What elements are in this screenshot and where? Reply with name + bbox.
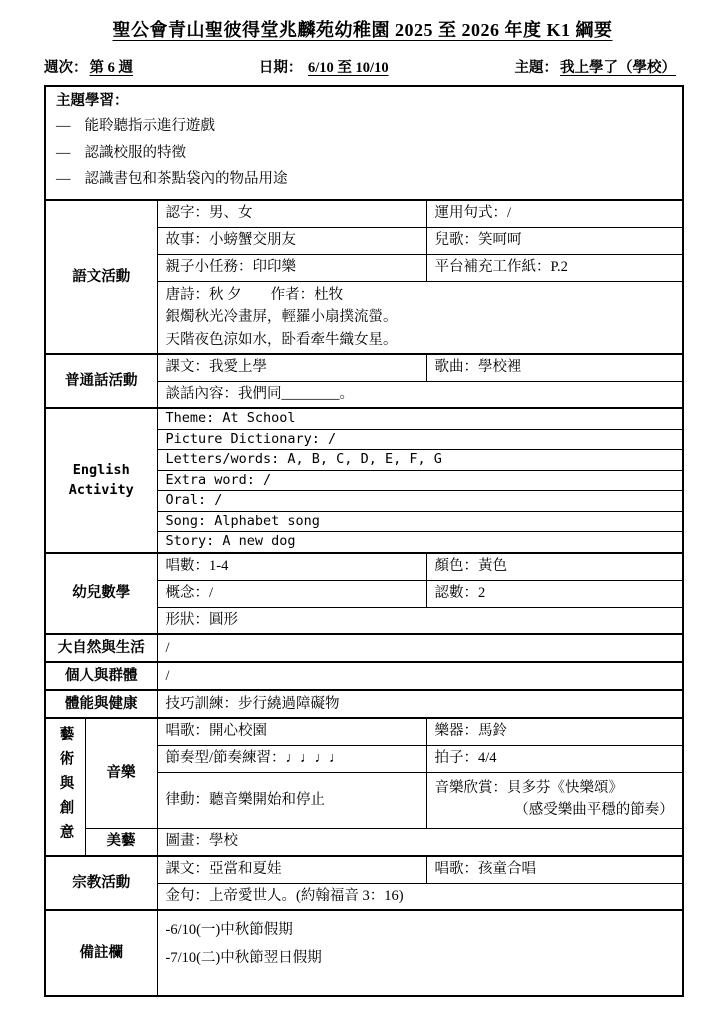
poem-line: 銀燭秋光冷畫屏，輕羅小扇撲流螢。 (166, 306, 675, 328)
religion-text-cell: 課文：亞當和夏娃 (157, 856, 426, 883)
topic-label: 主題： (515, 60, 559, 76)
number-recognition-cell: 認數：2 (426, 580, 683, 607)
physical-content-cell: 技巧訓練：步行繞過障礙物 (157, 690, 683, 718)
date-label: 日期： (259, 60, 303, 76)
religion-row: 宗教活動 課文：亞當和夏娃 唱歌：孩童合唱 (45, 856, 683, 883)
counting-cell: 唱數：1-4 (157, 553, 426, 580)
tang-poem-cell: 唐詩：秋 夕 作者：杜牧 銀燭秋光冷畫屏，輕羅小扇撲流螢。 天階夜色涼如水，卧看… (157, 281, 683, 354)
theme-learning-item: —能聆聽指示進行遊戲 (56, 113, 672, 140)
physical-label: 體能與健康 (45, 690, 157, 718)
music-appreciation-cell: 音樂欣賞：貝多芬《快樂頌》 （感受樂曲平穩的節奏） (426, 772, 683, 828)
music-appreciation-line: 音樂欣賞：貝多芬《快樂頌》 (435, 778, 675, 800)
english-oral-cell: Oral: / (157, 491, 683, 512)
religion-song-cell: 唱歌：孩童合唱 (426, 856, 683, 883)
putonghua-label: 普通話活動 (45, 354, 157, 408)
english-letters-cell: Letters/words: A, B, C, D, E, F, G (157, 450, 683, 471)
remarks-content-cell: -6/10(一)中秋節假期 -7/10(二)中秋節翌日假期 (157, 910, 683, 996)
instrument-cell: 樂器：馬鈴 (426, 718, 683, 745)
music-appreciation-line: （感受樂曲平穩的節奏） (435, 800, 675, 822)
arts-row: 藝術與創意 音樂 唱歌：開心校園 樂器：馬鈴 (45, 718, 683, 745)
personal-row: 個人與群體 / (45, 662, 683, 690)
math-row: 幼兒數學 唱數：1-4 顏色：黃色 (45, 553, 683, 580)
rhythm-pattern-cell: 節奏型/節奏練習：♩♩♩♩ (157, 745, 426, 772)
topic-field: 主題：我上學了（學校） (515, 56, 683, 77)
english-activity-row: English Activity Theme: At School (45, 408, 683, 429)
physical-row: 體能與健康 技巧訓練：步行繞過障礙物 (45, 690, 683, 718)
week-value: 第 6 週 (88, 60, 140, 76)
music-label: 音樂 (85, 718, 157, 828)
english-theme-cell: Theme: At School (157, 408, 683, 429)
remarks-row: 備註欄 -6/10(一)中秋節假期 -7/10(二)中秋節翌日假期 (45, 910, 683, 996)
english-label-line: English (48, 461, 155, 481)
remarks-line: -7/10(二)中秋節翌日假期 (166, 945, 675, 973)
golden-verse-cell: 金句：上帝愛世人。(約翰福音 3：16) (157, 883, 683, 910)
visual-art-label: 美藝 (85, 828, 157, 856)
english-picture-dictionary-cell: Picture Dictionary: / (157, 429, 683, 450)
singing-cell: 唱歌：開心校園 (157, 718, 426, 745)
nature-content-cell: / (157, 634, 683, 662)
arts-row: 美藝 圖畫：學校 (45, 828, 683, 856)
nature-row: 大自然與生活 / (45, 634, 683, 662)
parent-task-cell: 親子小任務：印印樂 (157, 254, 426, 281)
poem-line: 天階夜色涼如水，卧看牽牛織女星。 (166, 329, 675, 351)
story-cell: 故事：小螃蟹交朋友 (157, 227, 426, 254)
personal-label: 個人與群體 (45, 662, 157, 690)
week-label: 週次： (44, 60, 88, 76)
rhyme-cell: 兒歌：笑呵呵 (426, 227, 683, 254)
word-recognition-cell: 認字：男、女 (157, 200, 426, 227)
shape-cell: 形狀：圓形 (157, 607, 683, 634)
english-story-cell: Story: A new dog (157, 532, 683, 553)
putonghua-talk-cell: 談話內容：我們同________。 (157, 381, 683, 408)
english-label-line: Activity (48, 481, 155, 501)
theme-item-text: 能聆聽指示進行遊戲 (85, 118, 216, 134)
sentence-pattern-cell: 運用句式：/ (426, 200, 683, 227)
language-activity-label: 語文活動 (45, 200, 157, 354)
personal-content-cell: / (157, 662, 683, 690)
putonghua-song-cell: 歌曲：學校裡 (426, 354, 683, 381)
arts-label: 藝術與創意 (45, 718, 85, 856)
remarks-label: 備註欄 (45, 910, 157, 996)
drawing-cell: 圖畫：學校 (157, 828, 683, 856)
theme-learning-cell: 主題學習： —能聆聽指示進行遊戲 —認識校服的特徵 —認識書包和茶點袋內的物品用… (45, 86, 683, 200)
remarks-line: -6/10(一)中秋節假期 (166, 917, 675, 945)
topic-value: 我上學了（學校） (558, 60, 682, 76)
movement-cell: 律動：聽音樂開始和停止 (157, 772, 426, 828)
arts-vertical-label: 藝術與創意 (58, 726, 73, 849)
dash-bullet: — (56, 145, 71, 161)
theme-learning-heading: 主題學習： (56, 91, 672, 113)
math-label: 幼兒數學 (45, 553, 157, 634)
date-field: 日期： 6/10 至 10/10 (259, 56, 395, 77)
religion-label: 宗教活動 (45, 856, 157, 910)
theme-learning-item: —認識校服的特徵 (56, 140, 672, 167)
time-signature-cell: 拍子：4/4 (426, 745, 683, 772)
nature-label: 大自然與生活 (45, 634, 157, 662)
english-extra-word-cell: Extra word: / (157, 470, 683, 491)
dash-bullet: — (56, 118, 71, 134)
date-value: 6/10 至 10/10 (306, 60, 395, 76)
theme-learning-row: 主題學習： —能聆聽指示進行遊戲 —認識校服的特徵 —認識書包和茶點袋內的物品用… (45, 86, 683, 200)
putonghua-text-cell: 課文：我愛上學 (157, 354, 426, 381)
theme-item-text: 認識書包和茶點袋內的物品用途 (85, 171, 288, 187)
language-activity-row: 語文活動 認字：男、女 運用句式：/ (45, 200, 683, 227)
worksheet-cell: 平台補充工作紙：P.2 (426, 254, 683, 281)
concept-cell: 概念：/ (157, 580, 426, 607)
english-activity-label: English Activity (45, 408, 157, 553)
theme-item-text: 認識校服的特徵 (85, 145, 187, 161)
document-page: 聖公會青山聖彼得堂兆麟苑幼稚園 2025 至 2026 年度 K1 綱要 週次：… (0, 0, 725, 1024)
english-song-cell: Song: Alphabet song (157, 511, 683, 532)
week-field: 週次：第 6 週 (44, 56, 139, 77)
meta-row: 週次：第 6 週 日期： 6/10 至 10/10 主題：我上學了（學校） (44, 56, 682, 77)
poem-title: 唐詩：秋 夕 作者：杜牧 (166, 284, 675, 306)
page-title: 聖公會青山聖彼得堂兆麟苑幼稚園 2025 至 2026 年度 K1 綱要 (0, 16, 725, 42)
color-cell: 顏色：黃色 (426, 553, 683, 580)
theme-learning-item: —認識書包和茶點袋內的物品用途 (56, 166, 672, 193)
dash-bullet: — (56, 171, 71, 187)
putonghua-row: 普通話活動 課文：我愛上學 歌曲：學校裡 (45, 354, 683, 381)
weekly-plan-table: 主題學習： —能聆聽指示進行遊戲 —認識校服的特徵 —認識書包和茶點袋內的物品用… (44, 85, 684, 997)
